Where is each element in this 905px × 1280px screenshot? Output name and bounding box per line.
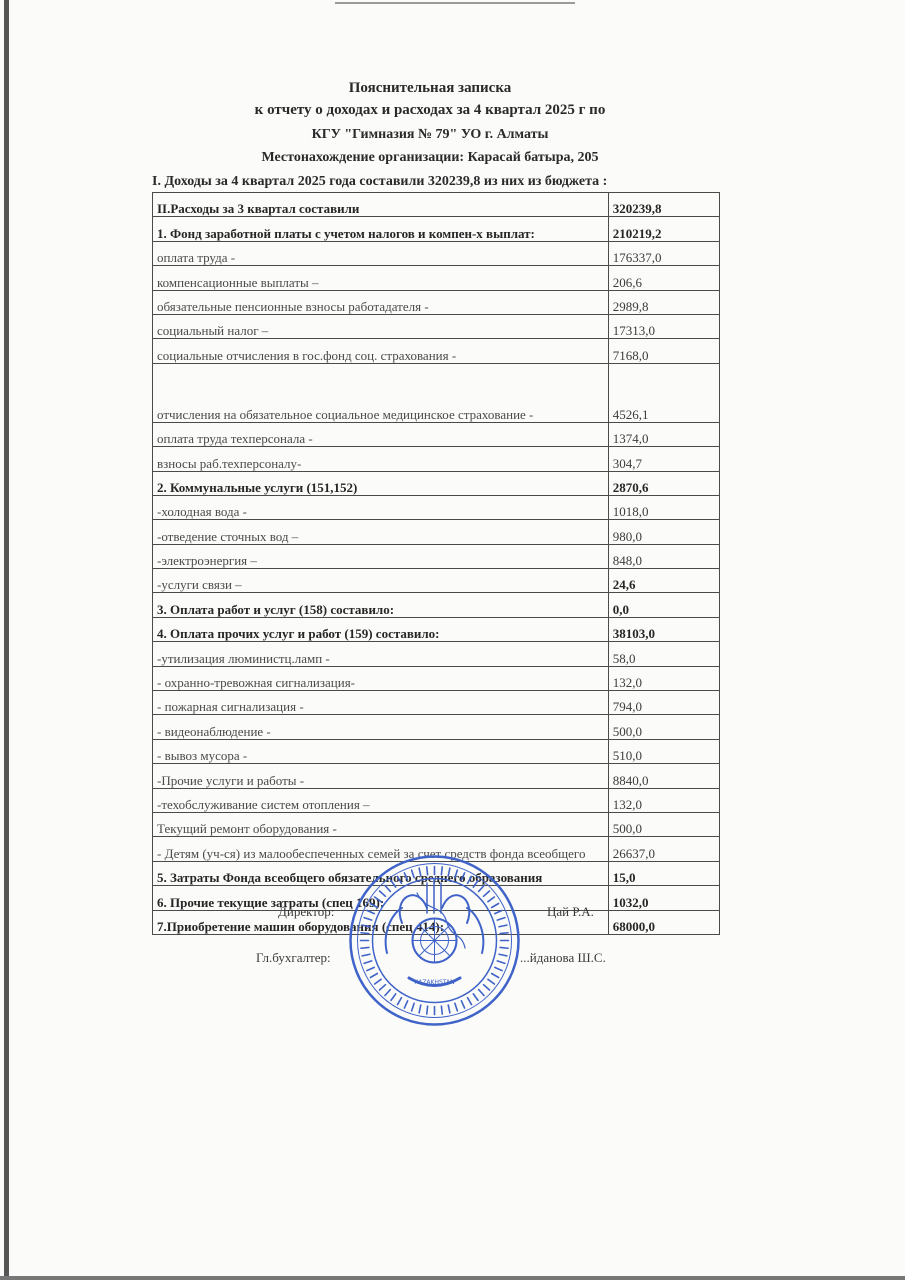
expense-label: -электроэнергия – bbox=[153, 544, 609, 568]
accountant-label: Гл.бухгалтер: bbox=[256, 950, 331, 966]
expense-value: 132,0 bbox=[608, 788, 719, 812]
expense-value: 24,6 bbox=[608, 569, 719, 593]
document-title: Пояснительная записка bbox=[0, 80, 860, 97]
table-row: социальные отчисления в гос.фонд соц. ст… bbox=[153, 339, 720, 363]
accountant-name: ...йданова Ш.С. bbox=[520, 950, 606, 966]
table-row: обязательные пенсионные взносы работадат… bbox=[153, 290, 720, 314]
expense-label: II.Расходы за 3 квартал составили bbox=[153, 193, 609, 217]
director-name: Цай Р.А. bbox=[547, 904, 594, 920]
table-row: - видеонаблюдение -500,0 bbox=[153, 715, 720, 739]
table-row: 3. Оплата работ и услуг (158) составило:… bbox=[153, 593, 720, 617]
organization-name: КГУ "Гимназия № 79" УО г. Алматы bbox=[0, 127, 860, 143]
table-row: оплата труда -176337,0 bbox=[153, 241, 720, 265]
table-row: 4. Оплата прочих услуг и работ (159) сос… bbox=[153, 617, 720, 641]
table-row: -отведение сточных вод –980,0 bbox=[153, 520, 720, 544]
expense-value: 0,0 bbox=[608, 593, 719, 617]
expense-label: - видеонаблюдение - bbox=[153, 715, 609, 739]
expense-label: оплата труда - bbox=[153, 241, 609, 265]
table-row: -Прочие услуги и работы -8840,0 bbox=[153, 764, 720, 788]
table-row: - охранно-тревожная сигнализация-132,0 bbox=[153, 666, 720, 690]
table-row: -техобслуживание систем отопления –132,0 bbox=[153, 788, 720, 812]
expense-label: оплата труда техперсонала - bbox=[153, 422, 609, 446]
expense-value: 8840,0 bbox=[608, 764, 719, 788]
table-row: -утилизация люминистц.ламп -58,0 bbox=[153, 642, 720, 666]
expense-label: 3. Оплата работ и услуг (158) составило: bbox=[153, 593, 609, 617]
table-row: -электроэнергия –848,0 bbox=[153, 544, 720, 568]
organization-location: Местонахождение организации: Карасай бат… bbox=[0, 150, 860, 166]
expense-value: 320239,8 bbox=[608, 193, 719, 217]
expense-label: взносы раб.техперсоналу- bbox=[153, 447, 609, 471]
table-row: 1. Фонд заработной платы с учетом налого… bbox=[153, 217, 720, 241]
table-row: 2. Коммунальные услуги (151,152)2870,6 bbox=[153, 471, 720, 495]
table-row: II.Расходы за 3 квартал составили320239,… bbox=[153, 193, 720, 217]
expense-value: 4526,1 bbox=[608, 363, 719, 422]
expense-value: 304,7 bbox=[608, 447, 719, 471]
expense-value: 848,0 bbox=[608, 544, 719, 568]
expense-label: -техобслуживание систем отопления – bbox=[153, 788, 609, 812]
official-seal-stamp-icon: KAZAKHSTAN bbox=[347, 853, 522, 1028]
expense-value: 2870,6 bbox=[608, 471, 719, 495]
table-row: - вывоз мусора -510,0 bbox=[153, 739, 720, 763]
table-row: Текущий ремонт оборудования -500,0 bbox=[153, 812, 720, 836]
expense-value: 15,0 bbox=[608, 861, 719, 885]
expense-value: 794,0 bbox=[608, 691, 719, 715]
table-row: оплата труда техперсонала -1374,0 bbox=[153, 422, 720, 446]
table-row: отчисления на обязательное социальное ме… bbox=[153, 363, 720, 422]
expense-label: обязательные пенсионные взносы работадат… bbox=[153, 290, 609, 314]
income-summary: I. Доходы за 4 квартал 2025 года состави… bbox=[152, 174, 607, 190]
document-subtitle: к отчету о доходах и расходах за 4 кварт… bbox=[0, 102, 860, 119]
expense-label: - охранно-тревожная сигнализация- bbox=[153, 666, 609, 690]
table-row: взносы раб.техперсоналу-304,7 bbox=[153, 447, 720, 471]
table-row: -холодная вода -1018,0 bbox=[153, 495, 720, 519]
expense-label: социальные отчисления в гос.фонд соц. ст… bbox=[153, 339, 609, 363]
director-label: Директор: bbox=[278, 904, 334, 920]
expense-label: - пожарная сигнализация - bbox=[153, 691, 609, 715]
scan-top-mark bbox=[335, 2, 575, 4]
expense-value: 68000,0 bbox=[608, 910, 719, 934]
expense-label: Текущий ремонт оборудования - bbox=[153, 812, 609, 836]
expense-label: -Прочие услуги и работы - bbox=[153, 764, 609, 788]
expense-value: 1032,0 bbox=[608, 886, 719, 910]
table-row: компенсационные выплаты –206,6 bbox=[153, 266, 720, 290]
expense-value: 500,0 bbox=[608, 812, 719, 836]
expense-value: 510,0 bbox=[608, 739, 719, 763]
expense-label: -отведение сточных вод – bbox=[153, 520, 609, 544]
expense-value: 26637,0 bbox=[608, 837, 719, 861]
expense-value: 38103,0 bbox=[608, 617, 719, 641]
expense-label: - вывоз мусора - bbox=[153, 739, 609, 763]
expense-label: компенсационные выплаты – bbox=[153, 266, 609, 290]
expense-value: 58,0 bbox=[608, 642, 719, 666]
expense-value: 500,0 bbox=[608, 715, 719, 739]
expense-value: 1018,0 bbox=[608, 495, 719, 519]
svg-text:KAZAKHSTAN: KAZAKHSTAN bbox=[414, 979, 454, 986]
expense-value: 1374,0 bbox=[608, 422, 719, 446]
expense-value: 980,0 bbox=[608, 520, 719, 544]
table-row: -услуги связи –24,6 bbox=[153, 569, 720, 593]
expense-label: 4. Оплата прочих услуг и работ (159) сос… bbox=[153, 617, 609, 641]
expense-value: 176337,0 bbox=[608, 241, 719, 265]
expense-value: 206,6 bbox=[608, 266, 719, 290]
expense-label: социальный налог – bbox=[153, 314, 609, 338]
expense-value: 132,0 bbox=[608, 666, 719, 690]
expense-label: отчисления на обязательное социальное ме… bbox=[153, 363, 609, 422]
expense-value: 2989,8 bbox=[608, 290, 719, 314]
expense-label: 2. Коммунальные услуги (151,152) bbox=[153, 471, 609, 495]
expense-value: 17313,0 bbox=[608, 314, 719, 338]
expense-label: -утилизация люминистц.ламп - bbox=[153, 642, 609, 666]
scan-left-edge bbox=[4, 0, 9, 1280]
table-row: социальный налог –17313,0 bbox=[153, 314, 720, 338]
expenses-table: II.Расходы за 3 квартал составили320239,… bbox=[152, 192, 720, 935]
expense-value: 7168,0 bbox=[608, 339, 719, 363]
expense-label: -услуги связи – bbox=[153, 569, 609, 593]
expense-label: 1. Фонд заработной платы с учетом налого… bbox=[153, 217, 609, 241]
expense-value: 210219,2 bbox=[608, 217, 719, 241]
scan-bottom-edge bbox=[0, 1276, 905, 1280]
table-row: - пожарная сигнализация -794,0 bbox=[153, 691, 720, 715]
expense-label: -холодная вода - bbox=[153, 495, 609, 519]
